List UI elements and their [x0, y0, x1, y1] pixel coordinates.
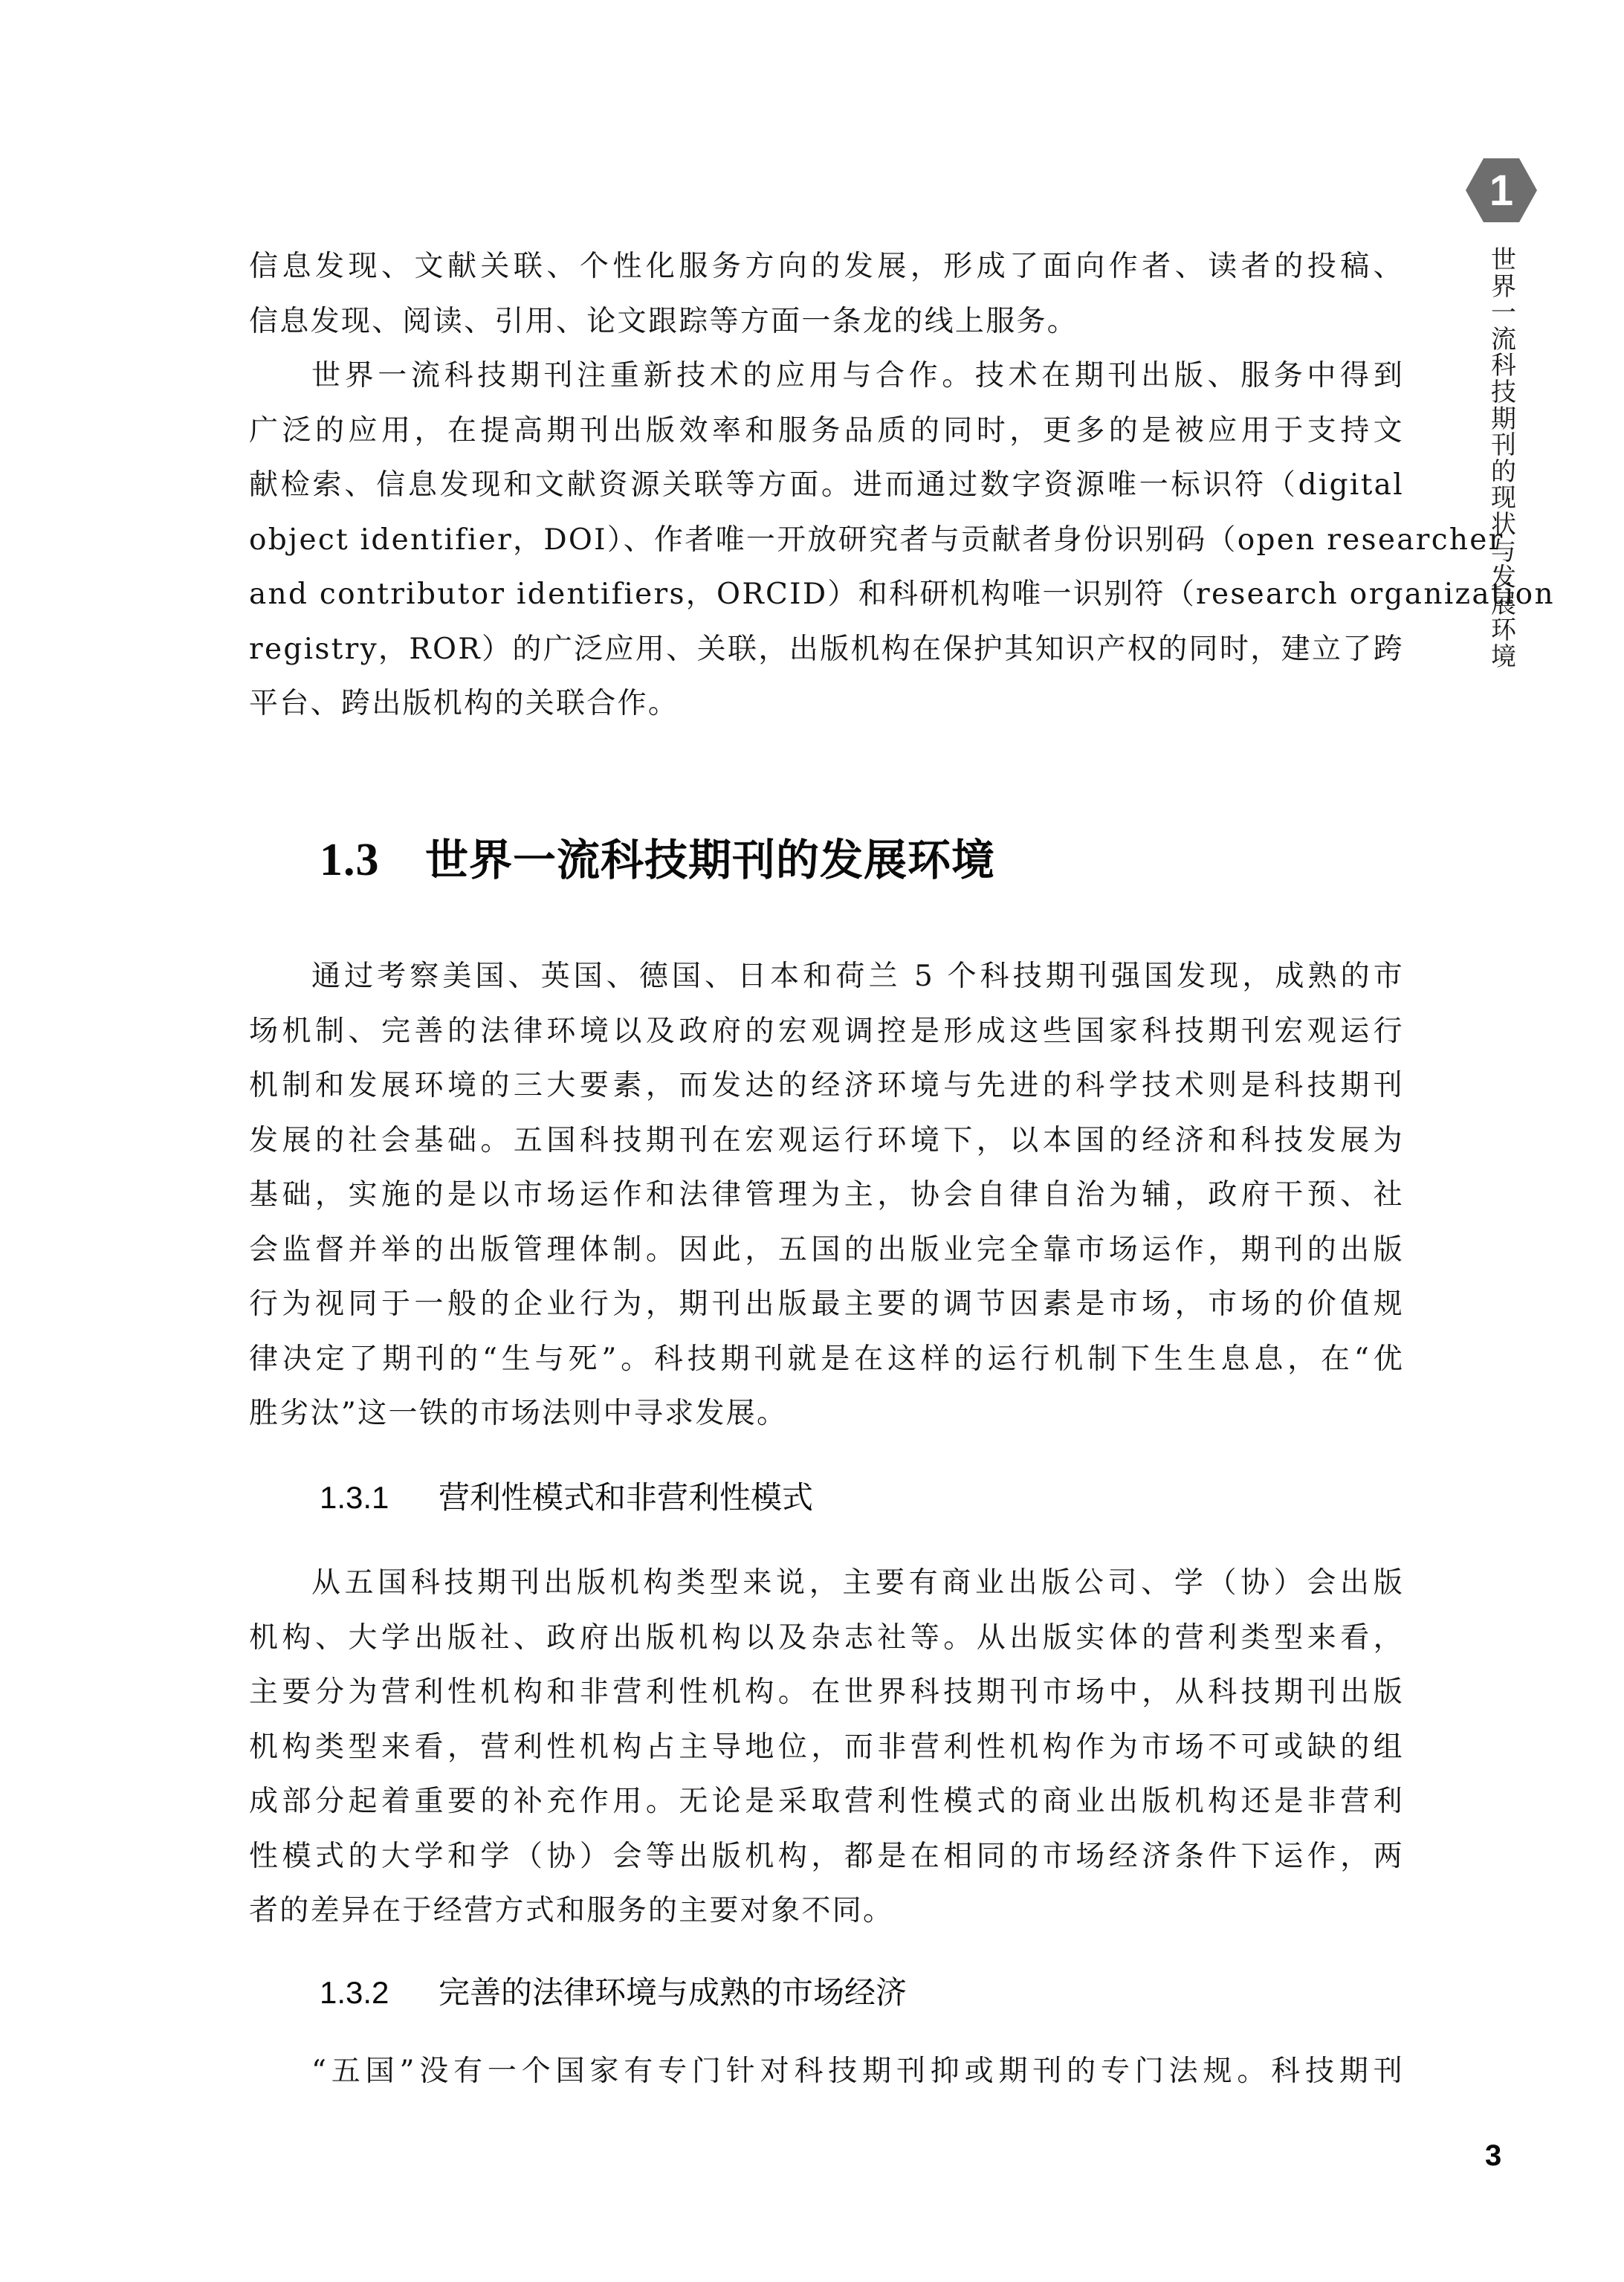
text-line: 成部分起着重要的补充作用。无论是采取营利性模式的商业出版机构还是非营利 — [249, 1774, 1404, 1829]
text-line: 机构、大学出版社、政府出版机构以及杂志社等。从出版实体的营利类型来看， — [249, 1611, 1404, 1666]
page-number: 3 — [1485, 2139, 1501, 2173]
text-line: 献检索、信息发现和文献资源关联等方面。进而通过数字资源唯一标识符（digital — [249, 458, 1404, 513]
text-line: 发展的社会基础。五国科技期刊在宏观运行环境下，以本国的经济和科技发展为 — [249, 1113, 1404, 1169]
text-line: 从五国科技期刊出版机构类型来说，主要有商业出版公司、学（协）会出版 — [249, 1556, 1404, 1611]
section-title: 世界一流科技期刊的发展环境 — [425, 835, 995, 885]
subsection-title: 营利性模式和非营利性模式 — [439, 1479, 813, 1516]
text-line: 会监督并举的出版管理体制。因此，五国的出版业完全靠市场运作，期刊的出版 — [249, 1223, 1404, 1278]
section-heading-1-3: 1.3世界一流科技期刊的发展环境 — [320, 825, 995, 888]
text-line: 场机制、完善的法律环境以及政府的宏观调控是形成这些国家科技期刊宏观运行 — [249, 1004, 1404, 1059]
text-line: object identifier，DOI）、作者唯一开放研究者与贡献者身份识别… — [249, 513, 1404, 568]
text-line: 机构类型来看，营利性机构占主导地位，而非营利性机构作为市场不可或缺的组 — [249, 1720, 1404, 1775]
text-line: 主要分为营利性机构和非营利性机构。在世界科技期刊市场中，从科技期刊出版 — [249, 1665, 1404, 1720]
text-line: and contributor identifiers，ORCID）和科研机构唯… — [249, 567, 1404, 622]
section-1-3-paragraph: 通过考察美国、英国、德国、日本和荷兰 5 个科技期刊强国发现，成熟的市 场机制、… — [249, 949, 1404, 1441]
section-1-3-1-paragraph: 从五国科技期刊出版机构类型来说，主要有商业出版公司、学（协）会出版 机构、大学出… — [249, 1556, 1404, 1939]
text-line: 信息发现、阅读、引用、论文跟踪等方面一条龙的线上服务。 — [249, 294, 1404, 349]
text-line: 通过考察美国、英国、德国、日本和荷兰 5 个科技期刊强国发现，成熟的市 — [249, 949, 1404, 1004]
text-line: 机制和发展环境的三大要素，而发达的经济环境与先进的科学技术则是科技期刊 — [249, 1058, 1404, 1113]
text-line: 行为视同于一般的企业行为，期刊出版最主要的调节因素是市场，市场的价值规 — [249, 1277, 1404, 1332]
subsection-heading-1-3-2: 1.3.2完善的法律环境与成熟的市场经济 — [320, 1968, 907, 2013]
intro-paragraph-2: 世界一流科技期刊注重新技术的应用与合作。技术在期刊出版、服务中得到 广泛的应用，… — [249, 349, 1404, 731]
section-1-3-2-paragraph: “五国”没有一个国家有专门针对科技期刊抑或期刊的专门法规。科技期刊 — [249, 2044, 1404, 2099]
text-line: 胜劣汰”这一铁的市场法则中寻求发展。 — [249, 1386, 1404, 1441]
text-line: 广泛的应用，在提高期刊出版效率和服务品质的同时，更多的是被应用于支持文 — [249, 404, 1404, 459]
section-number: 1.3 — [320, 834, 425, 887]
chapter-number-hexagon-icon: 1 — [1466, 158, 1537, 222]
subsection-number: 1.3.2 — [320, 1975, 439, 2011]
subsection-title: 完善的法律环境与成熟的市场经济 — [439, 1974, 907, 2011]
text-line: 信息发现、文献关联、个性化服务方向的发展，形成了面向作者、读者的投稿、 — [249, 239, 1404, 294]
text-line: 性模式的大学和学（协）会等出版机构，都是在相同的市场经济条件下运作，两 — [249, 1829, 1404, 1884]
text-line: “五国”没有一个国家有专门针对科技期刊抑或期刊的专门法规。科技期刊 — [249, 2044, 1404, 2099]
text-line: 者的差异在于经营方式和服务的主要对象不同。 — [249, 1884, 1404, 1939]
subsection-number: 1.3.1 — [320, 1480, 439, 1516]
intro-paragraph-1: 信息发现、文献关联、个性化服务方向的发展，形成了面向作者、读者的投稿、 信息发现… — [249, 239, 1404, 349]
text-line: 律决定了期刊的“生与死”。科技期刊就是在这样的运行机制下生生息息，在“优 — [249, 1332, 1404, 1387]
chapter-tab: 1 — [1466, 158, 1540, 222]
text-line: 平台、跨出版机构的关联合作。 — [249, 676, 1404, 731]
text-line: 世界一流科技期刊注重新技术的应用与合作。技术在期刊出版、服务中得到 — [249, 349, 1404, 404]
book-page: 1 世界一流科技期刊的现状与发展环境 信息发现、文献关联、个性化服务方向的发展，… — [0, 0, 1624, 2282]
text-line: 基础，实施的是以市场运作和法律管理为主，协会自律自治为辅，政府干预、社 — [249, 1168, 1404, 1223]
subsection-heading-1-3-1: 1.3.1营利性模式和非营利性模式 — [320, 1473, 813, 1518]
chapter-number: 1 — [1489, 166, 1513, 216]
text-line: registry，ROR）的广泛应用、关联，出版机构在保护其知识产权的同时，建立… — [249, 622, 1404, 677]
